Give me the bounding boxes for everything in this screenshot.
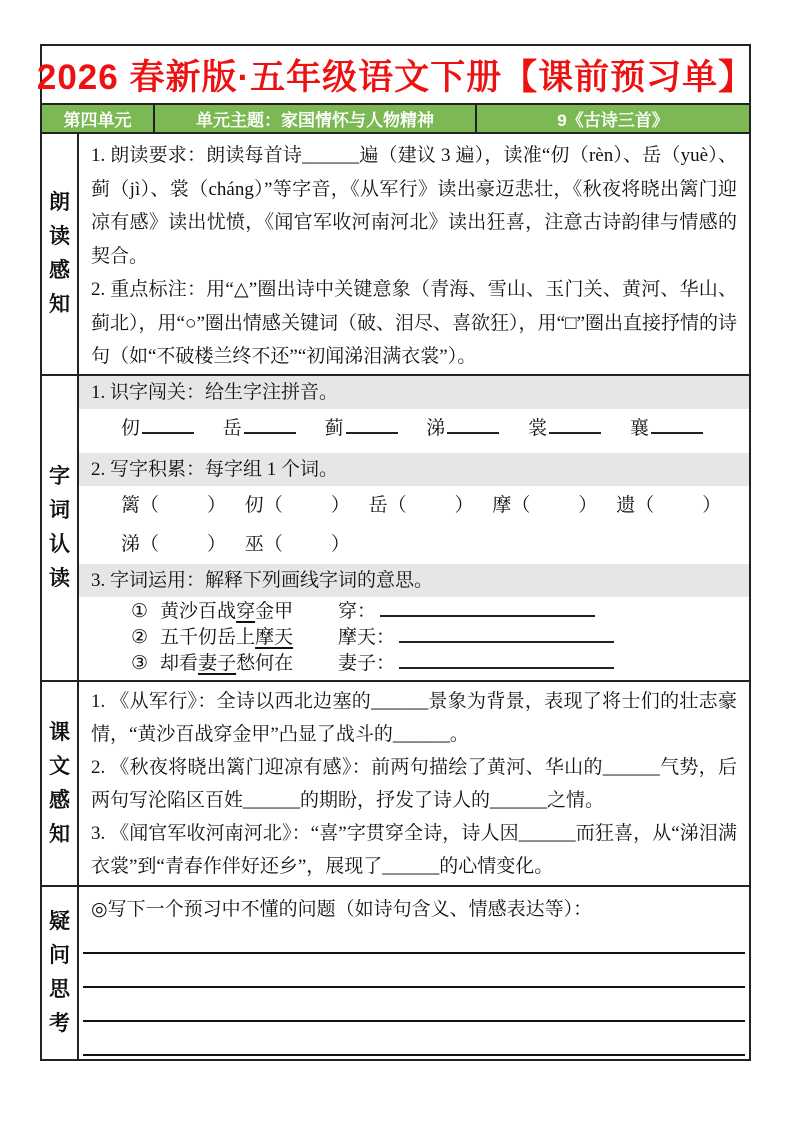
char: 巫 xyxy=(245,534,264,555)
paren-close: ） xyxy=(578,495,597,516)
zuci-row-2: 涕（） 巫（） xyxy=(79,526,749,564)
explain-item-2: ② 五千仞岳上摩天 摩天： xyxy=(79,625,749,651)
phrase-post: 愁何在 xyxy=(236,653,293,674)
pinyin-fill-row: 仞 岳 蓟 涕 裳 襄 xyxy=(79,409,749,453)
answer-blank xyxy=(142,432,194,434)
paren-open: （ xyxy=(264,495,283,516)
lesson-title: 9《古诗三首》 xyxy=(477,105,749,132)
char: 篱 xyxy=(121,495,140,516)
section-text-comprehension: 课文感知 1. 《从军行》：全诗以西北边塞的______景象为背景，表现了将士们… xyxy=(42,682,749,887)
paren-open: （ xyxy=(264,534,283,555)
item-number: ③ xyxy=(131,651,148,677)
paren-open: （ xyxy=(140,534,159,555)
char: 襄 xyxy=(630,418,649,439)
kewen-item-2: 2. 《秋夜将晓出篱门迎凉有感》：前两句描绘了黄河、华山的______气势，后两… xyxy=(79,751,749,817)
section-questions: 疑问思考 ◎写下一个预习中不懂的问题（如诗句含义、情感表达等）： xyxy=(42,887,749,1059)
section-text-comprehension-label: 课文感知 xyxy=(42,682,79,885)
writing-line xyxy=(83,954,745,988)
phrase-pre: 黄沙百战 xyxy=(160,601,236,622)
writing-line xyxy=(83,988,745,1022)
phrase-pre: 五千仞岳上 xyxy=(160,627,255,648)
char: 岳 xyxy=(369,495,388,516)
pinyin-item: 涕 xyxy=(426,409,499,449)
paren-close: ） xyxy=(207,534,226,555)
zuci-item: 仞（） xyxy=(245,486,350,526)
underlined-word: 摩天 xyxy=(255,627,293,648)
answer-blank xyxy=(399,641,614,643)
answer-blank xyxy=(244,432,296,434)
section-words: 字词认读 1. 识字闯关：给生字注拼音。 仞 岳 蓟 涕 裳 襄 2. 写字积累… xyxy=(42,376,749,682)
zuci-item: 遗（） xyxy=(616,486,721,526)
zuci-item: 篱（） xyxy=(121,486,226,526)
paren-open: （ xyxy=(635,495,654,516)
pinyin-item: 襄 xyxy=(630,409,703,449)
char: 裳 xyxy=(528,418,547,439)
section-reading-label-text: 朗读感知 xyxy=(47,186,71,322)
poem-phrase: 却看妻子愁何在 xyxy=(160,651,338,677)
answer-blank xyxy=(399,667,614,669)
pinyin-item: 仞 xyxy=(121,409,194,449)
paren-open: （ xyxy=(140,495,159,516)
char: 摩 xyxy=(492,495,511,516)
section-words-label-text: 字词认读 xyxy=(47,460,71,596)
explain-list: ① 黄沙百战穿金甲 穿： ② 五千仞岳上摩天 摩天： ③ 却看妻子愁何在 xyxy=(79,597,749,683)
section-questions-label-text: 疑问思考 xyxy=(47,905,71,1041)
worksheet-table: 朗读感知 1. 朗读要求：朗读每首诗______遍（建议 3 遍），读准“仞（r… xyxy=(42,134,749,1059)
section-reading: 朗读感知 1. 朗读要求：朗读每首诗______遍（建议 3 遍），读准“仞（r… xyxy=(42,134,749,376)
kewen-item-1: 1. 《从军行》：全诗以西北边塞的______景象为背景，表现了将士们的壮志豪情… xyxy=(79,682,749,751)
section-text-comprehension-content: 1. 《从军行》：全诗以西北边塞的______景象为背景，表现了将士们的壮志豪情… xyxy=(79,682,749,885)
words-prompt-pinyin: 1. 识字闯关：给生字注拼音。 xyxy=(79,376,749,409)
words-prompt-zuci: 2. 写字积累：每字组 1 个词。 xyxy=(79,453,749,486)
section-questions-content: ◎写下一个预习中不懂的问题（如诗句含义、情感表达等）： xyxy=(79,887,749,1059)
paren-open: （ xyxy=(511,495,530,516)
zuci-row-1: 篱（） 仞（） 岳（） 摩（） 遗（） xyxy=(79,486,749,526)
zuci-item: 涕（） xyxy=(121,526,226,564)
section-words-content: 1. 识字闯关：给生字注拼音。 仞 岳 蓟 涕 裳 襄 2. 写字积累：每字组 … xyxy=(79,376,749,680)
char: 涕 xyxy=(121,534,140,555)
pinyin-item: 裳 xyxy=(528,409,601,449)
item-number: ① xyxy=(131,599,148,625)
pinyin-item: 蓟 xyxy=(325,409,398,449)
poem-phrase: 黄沙百战穿金甲 xyxy=(160,599,338,625)
title-row: 2026 春新版·五年级语文下册【课前预习单】 xyxy=(42,46,749,103)
poem-phrase: 五千仞岳上摩天 xyxy=(160,625,338,651)
ask-label: 穿： xyxy=(338,599,376,625)
char: 蓟 xyxy=(325,418,344,439)
paren-close: ） xyxy=(702,495,721,516)
underlined-word: 妻子 xyxy=(198,653,236,674)
char: 涕 xyxy=(426,418,445,439)
char: 仞 xyxy=(245,495,264,516)
zuci-item: 巫（） xyxy=(245,526,350,564)
char: 遗 xyxy=(616,495,635,516)
unit-bar: 第四单元 单元主题：家国情怀与人物精神 9《古诗三首》 xyxy=(42,103,749,134)
pinyin-item: 岳 xyxy=(223,409,296,449)
unit-number: 第四单元 xyxy=(42,105,155,132)
zuci-item: 岳（） xyxy=(369,486,474,526)
ask-label: 摩天： xyxy=(338,625,395,651)
kewen-item-3: 3. 《闻官军收河南河北》：“喜”字贯穿全诗，诗人因______而狂喜，从“涕泪… xyxy=(79,817,749,883)
ask-label: 妻子： xyxy=(338,651,395,677)
explain-item-1: ① 黄沙百战穿金甲 穿： xyxy=(79,599,749,625)
section-reading-label: 朗读感知 xyxy=(42,134,79,374)
questions-prompt: ◎写下一个预习中不懂的问题（如诗句含义、情感表达等）： xyxy=(79,887,749,926)
answer-blank xyxy=(549,432,601,434)
section-text-comprehension-label-text: 课文感知 xyxy=(47,716,71,852)
paren-close: ） xyxy=(331,534,350,555)
item-number: ② xyxy=(131,625,148,651)
phrase-pre: 却看 xyxy=(160,653,198,674)
answer-blank xyxy=(447,432,499,434)
reading-item-2: 2. 重点标注：用“△”圈出诗中关键意象（青海、雪山、玉门关、黄河、华山、蓟北）… xyxy=(79,273,749,374)
zuci-item: 摩（） xyxy=(492,486,597,526)
words-prompt-explain: 3. 字词运用：解释下列画线字词的意思。 xyxy=(79,564,749,597)
section-questions-label: 疑问思考 xyxy=(42,887,79,1059)
paren-close: ） xyxy=(331,495,350,516)
unit-theme: 单元主题：家国情怀与人物精神 xyxy=(155,105,477,132)
answer-blank xyxy=(651,432,703,434)
paren-open: （ xyxy=(388,495,407,516)
answer-blank xyxy=(346,432,398,434)
writing-line xyxy=(83,926,745,954)
underlined-word: 穿 xyxy=(236,601,255,622)
page-title: 2026 春新版·五年级语文下册【课前预习单】 xyxy=(37,50,754,100)
phrase-post: 金甲 xyxy=(255,601,293,622)
section-reading-content: 1. 朗读要求：朗读每首诗______遍（建议 3 遍），读准“仞（rèn）、岳… xyxy=(79,134,749,374)
char: 岳 xyxy=(223,418,242,439)
writing-area xyxy=(79,926,749,1059)
section-words-label: 字词认读 xyxy=(42,376,79,680)
paren-close: ） xyxy=(455,495,474,516)
paren-close: ） xyxy=(207,495,226,516)
explain-item-3: ③ 却看妻子愁何在 妻子： xyxy=(79,651,749,677)
worksheet: 2026 春新版·五年级语文下册【课前预习单】 第四单元 单元主题：家国情怀与人… xyxy=(40,44,751,1061)
char: 仞 xyxy=(121,418,140,439)
writing-line xyxy=(83,1022,745,1056)
answer-blank xyxy=(380,615,595,617)
reading-item-1: 1. 朗读要求：朗读每首诗______遍（建议 3 遍），读准“仞（rèn）、岳… xyxy=(79,134,749,273)
